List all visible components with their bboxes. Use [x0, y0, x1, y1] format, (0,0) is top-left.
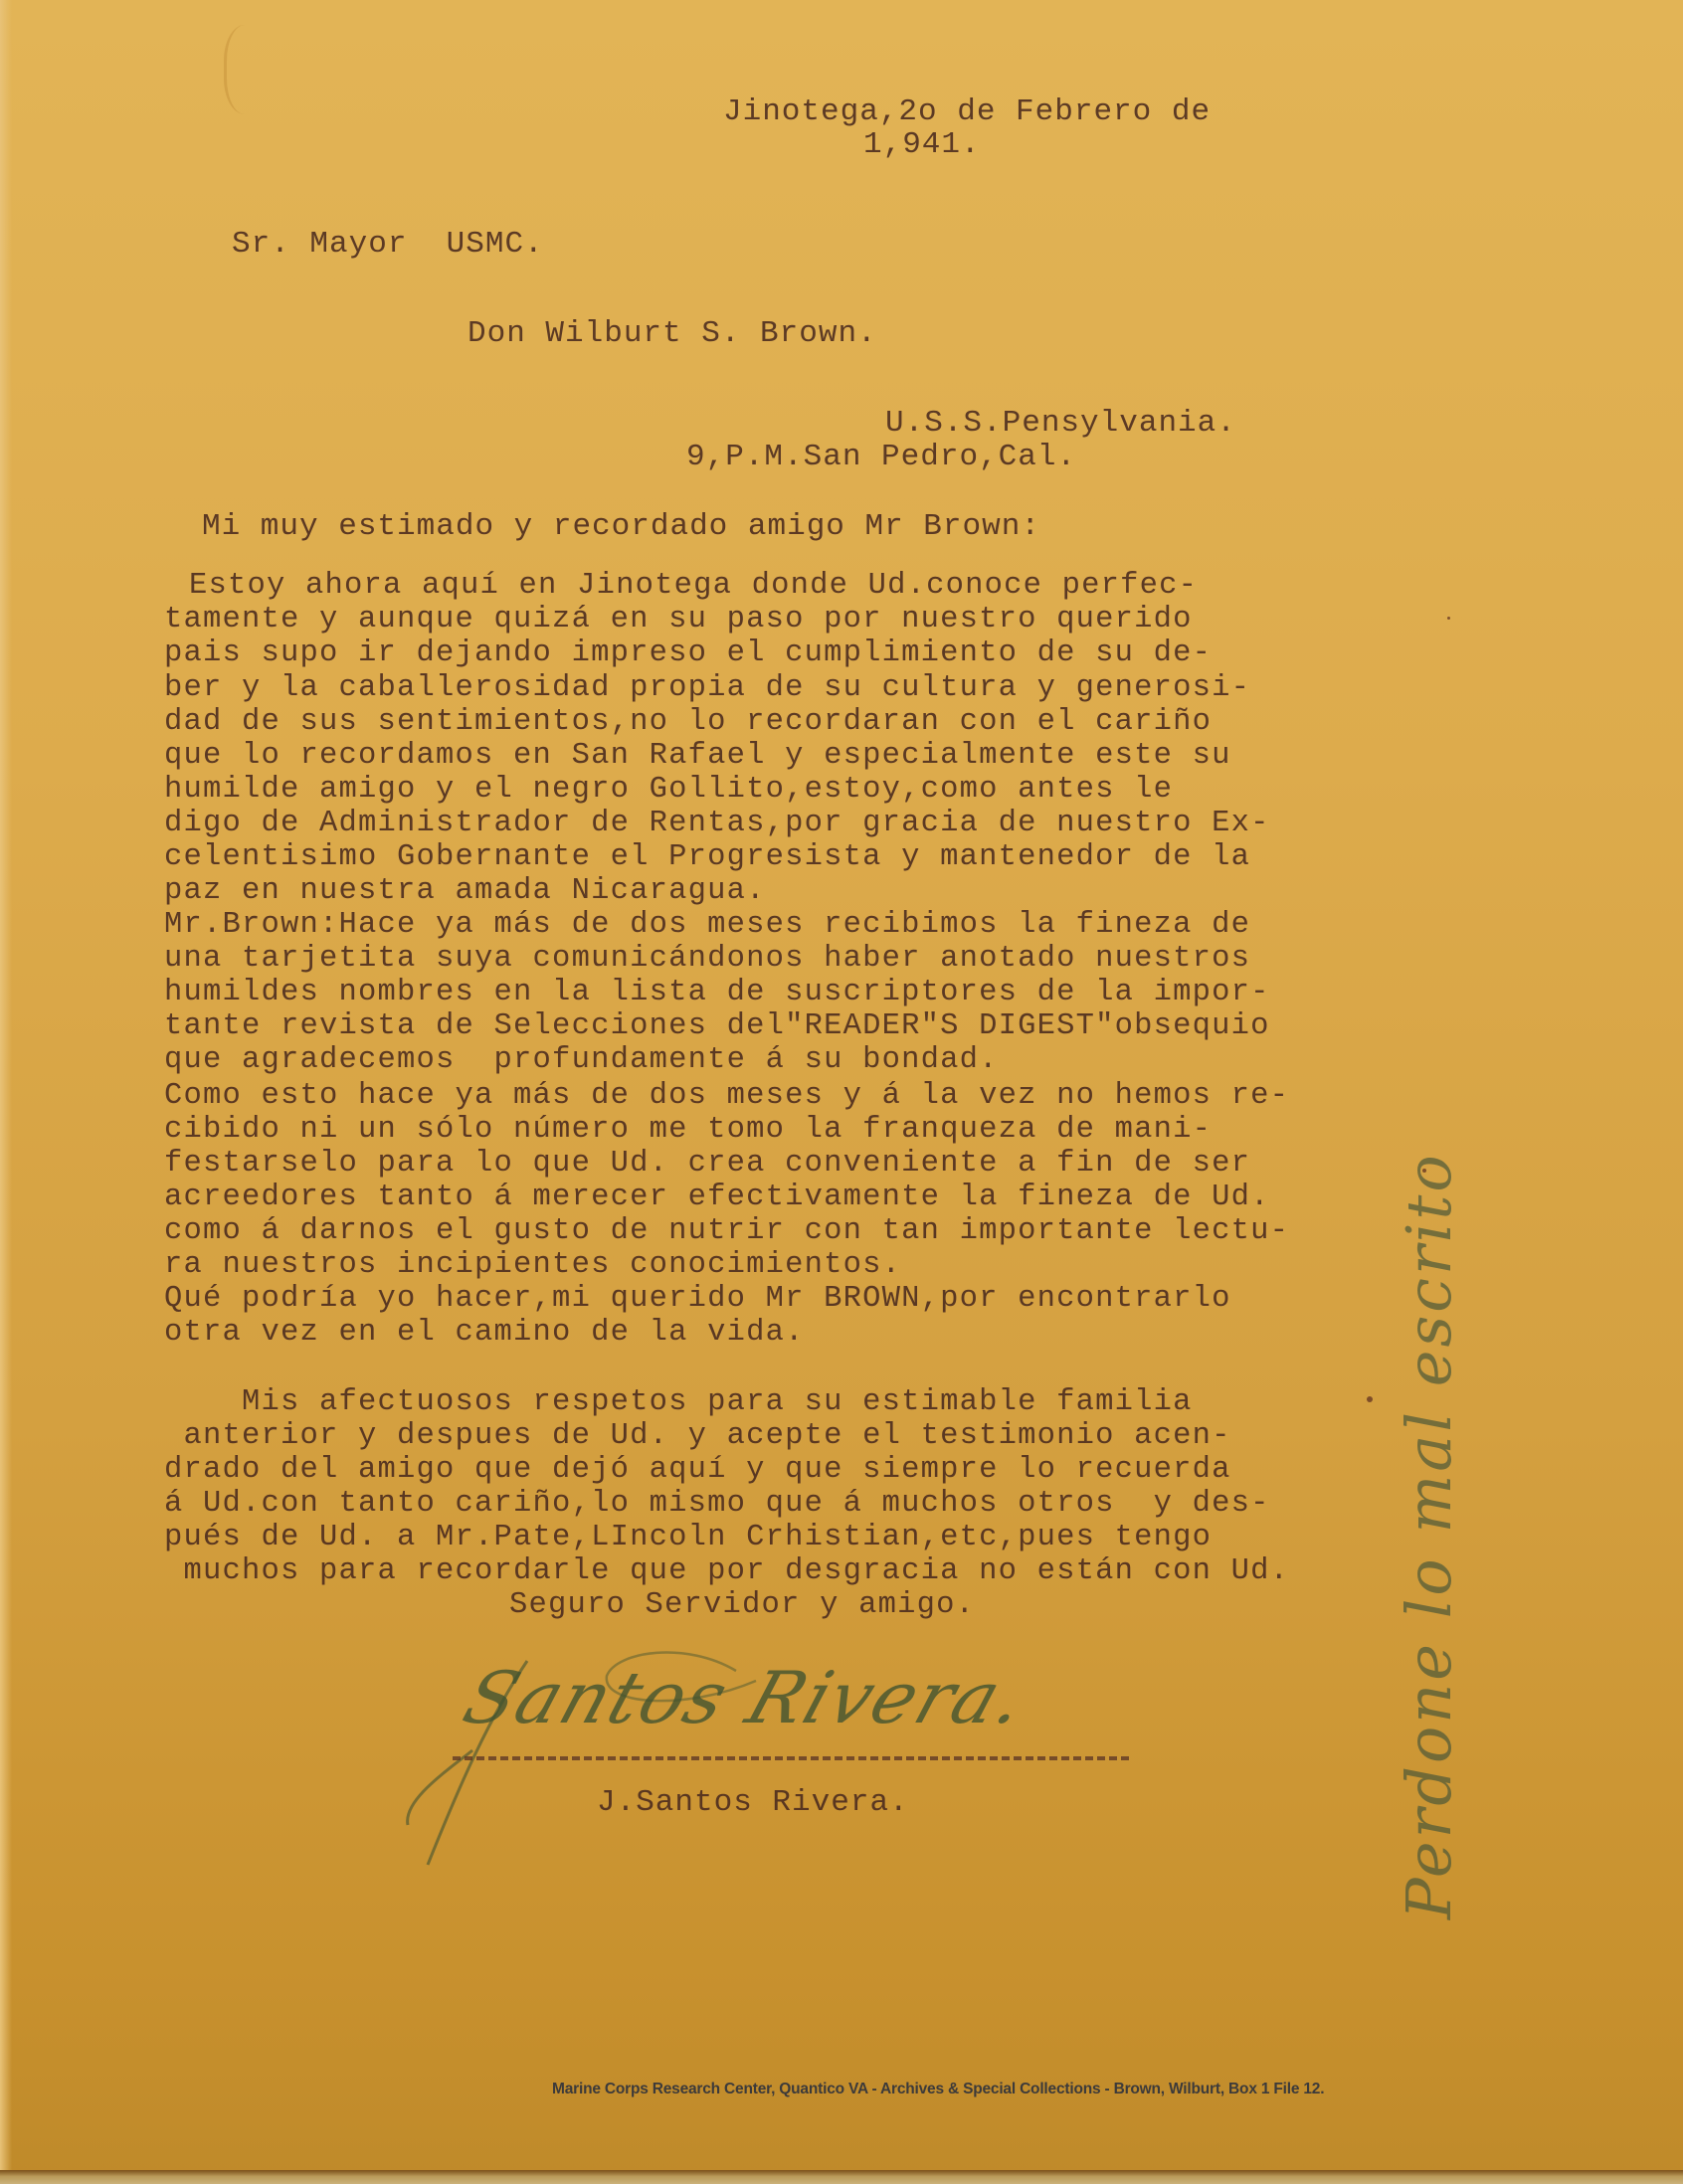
closing-line: Seguro Servidor y amigo.	[393, 1588, 975, 1622]
body-line: ber y la caballerosidad propia de su cul…	[164, 671, 1250, 705]
body-line: digo de Administrador de Rentas,por grac…	[164, 807, 1270, 840]
closing-line: Mis afectuosos respetos para su estimabl…	[164, 1385, 1193, 1419]
body-line: festarselo para lo que Ud. crea convenie…	[164, 1147, 1250, 1181]
ink-spot	[1367, 1396, 1373, 1402]
closing-line: muchos para recordarle que por desgracia…	[164, 1554, 1289, 1588]
body-line: pais supo ir dejando impreso el cumplimi…	[164, 637, 1212, 670]
body-line: Como esto hace ya más de dos meses y á l…	[164, 1079, 1289, 1113]
closing-line: anterior y despues de Ud. y acepte el te…	[164, 1419, 1231, 1453]
body-line: ra nuestros incipientes conocimientos.	[164, 1248, 901, 1282]
body-line: una tarjetita suya comunicándonos haber …	[164, 942, 1250, 976]
salutation: Mi muy estimado y recordado amigo Mr Bro…	[202, 509, 1040, 544]
body-line: humilde amigo y el negro Gollito,estoy,c…	[164, 773, 1173, 807]
dateline-place-date: Jinotega,2o de Febrero de	[723, 94, 1211, 129]
paper-bottom-edge	[0, 2170, 1683, 2184]
closing-line: pués de Ud. a Mr.Pate,LIncoln Crhistian,…	[164, 1521, 1212, 1554]
body-line: Estoy ahora aquí en Jinotega donde Ud.co…	[189, 569, 1198, 603]
body-line: que lo recordamos en San Rafael y especi…	[164, 739, 1231, 773]
body-line: Mr.Brown:Hace ya más de dos meses recibi…	[164, 908, 1250, 942]
paper-stain	[224, 25, 277, 114]
closing-line: á Ud.con tanto cariño,lo mismo que á muc…	[164, 1487, 1270, 1521]
recipient-title: Sr. Mayor USMC.	[232, 227, 544, 262]
body-line: cibido ni un sólo número me tomo la fran…	[164, 1113, 1212, 1147]
body-line: tante revista de Selecciones del"READER"…	[164, 1009, 1270, 1043]
body-line: otra vez en el camino de la vida.	[164, 1316, 805, 1350]
closing-line: drado del amigo que dejó aquí y que siem…	[164, 1453, 1231, 1487]
recipient-address-city: 9,P.M.San Pedro,Cal.	[686, 440, 1076, 474]
handwritten-signature: Santos Rivera.	[467, 1656, 1084, 1765]
body-line: humildes nombres en la lista de suscript…	[164, 976, 1270, 1009]
body-line: como á darnos el gusto de nutrir con tan…	[164, 1214, 1289, 1248]
body-line: tamente y aunque quizá en su paso por nu…	[164, 603, 1193, 637]
recipient-address-ship: U.S.S.Pensylvania.	[885, 406, 1236, 441]
recipient-name: Don Wilburt S. Brown.	[467, 316, 877, 351]
margin-handwritten-note: Perdone lo mal escrito	[1393, 1152, 1465, 1919]
body-line: Qué podría yo hacer,mi querido Mr BROWN,…	[164, 1282, 1231, 1316]
body-line: acreedores tanto á merecer efectivamente…	[164, 1181, 1270, 1214]
ink-spot	[1447, 617, 1450, 620]
signature-script: Santos Rivera.	[454, 1656, 1037, 1739]
body-line: que agradecemos profundamente á su bonda…	[164, 1043, 999, 1077]
body-line: dad de sus sentimientos,no lo recordaran…	[164, 705, 1212, 739]
archive-caption: Marine Corps Research Center, Quantico V…	[552, 2081, 1324, 2098]
body-line: celentisimo Gobernante el Progresista y …	[164, 840, 1250, 874]
signature-line	[453, 1756, 1129, 1764]
paper-left-edge	[0, 0, 12, 2184]
ink-spot	[1422, 1169, 1426, 1173]
typed-signature: J.Santos Rivera.	[597, 1785, 909, 1820]
body-line: paz en nuestra amada Nicaragua.	[164, 874, 766, 908]
dateline-year: 1,941.	[863, 127, 981, 162]
